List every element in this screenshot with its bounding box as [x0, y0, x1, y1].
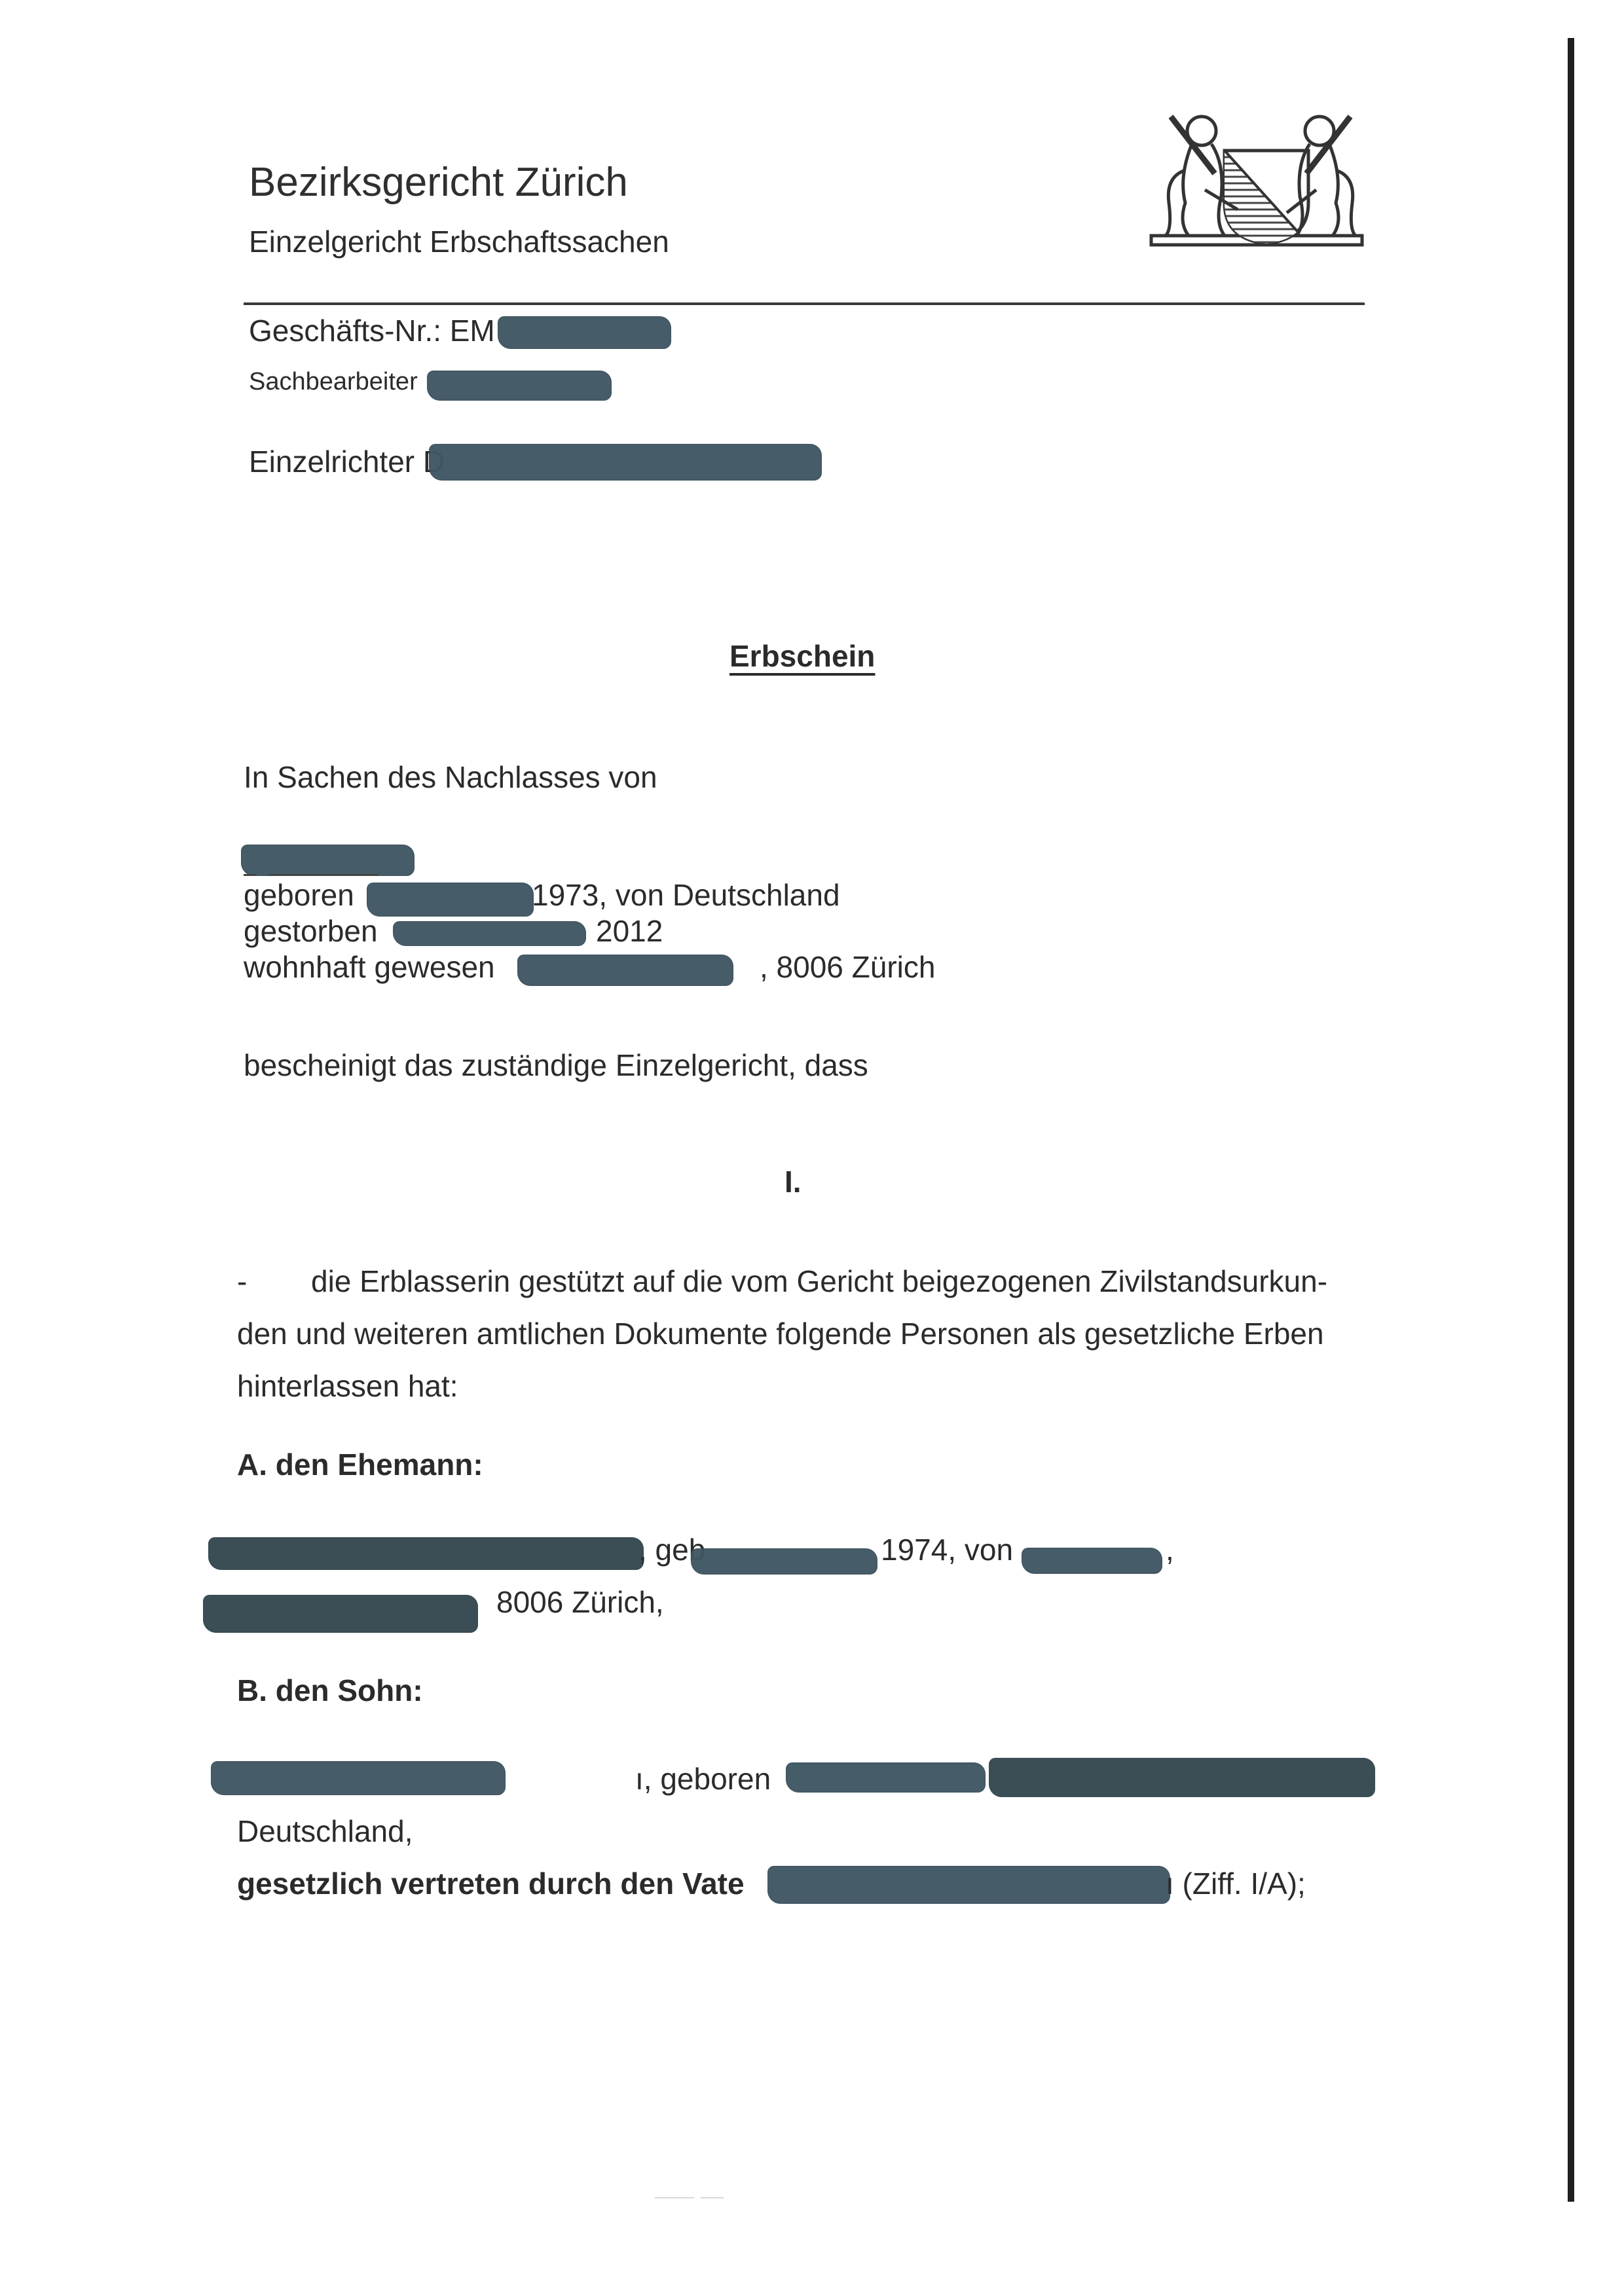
- redaction-husband-address: [203, 1595, 478, 1633]
- redaction-husband-birth: [691, 1548, 877, 1575]
- bullet-dash: -: [237, 1264, 247, 1299]
- born-suffix: 1973, von Deutschland: [532, 877, 840, 913]
- redaction-case-number: [498, 316, 671, 349]
- certifies-text: bescheinigt das zuständige Einzelgericht…: [244, 1048, 868, 1083]
- redaction-clerk: [427, 371, 612, 401]
- paragraph-line-3: hinterlassen hat:: [237, 1368, 458, 1404]
- redaction-deceased-name: [241, 845, 415, 876]
- scan-margin-bar: [1568, 38, 1574, 2202]
- redaction-judge: [429, 444, 822, 481]
- header-divider: [244, 302, 1365, 305]
- redaction-address: [517, 955, 733, 986]
- underline-fragment: [244, 874, 257, 876]
- redaction-birth-date: [367, 883, 534, 917]
- heir-b-representation: gesetzlich vertreten durch den Vate: [237, 1866, 745, 1901]
- redaction-husband-origin: [1022, 1548, 1162, 1574]
- document-title: Erbschein: [729, 638, 875, 674]
- heir-b-geboren: ı, geboren: [635, 1761, 771, 1796]
- clerk-label: Sachbearbeiter: [249, 368, 418, 396]
- judge-label: Einzelrichter D: [249, 444, 445, 479]
- redaction-death-date: [393, 921, 586, 946]
- resided-label: wohnhaft gewesen: [244, 949, 495, 985]
- court-division: Einzelgericht Erbschaftssachen: [249, 224, 669, 259]
- heir-a-city: 8006 Zürich,: [496, 1584, 664, 1620]
- heir-a-heading: A. den Ehemann:: [237, 1447, 483, 1482]
- scan-mark: [701, 2197, 724, 2198]
- intro-text: In Sachen des Nachlasses von: [244, 759, 657, 795]
- zurich-coat-of-arms-lions-icon: [1139, 105, 1375, 262]
- born-label: geboren: [244, 877, 354, 913]
- heir-b-heading: B. den Sohn:: [237, 1673, 423, 1708]
- redaction-son-birth: [786, 1762, 986, 1793]
- paragraph-line-2: den und weiteren amtlichen Dokumente fol…: [237, 1316, 1324, 1351]
- section-number: I.: [784, 1164, 802, 1199]
- heir-a-comma: ,: [1166, 1532, 1174, 1567]
- heir-b-country: Deutschland,: [237, 1813, 413, 1849]
- resided-suffix: , 8006 Zürich: [760, 949, 935, 985]
- paragraph-line-1: die Erblasserin gestützt auf die vom Ger…: [311, 1264, 1327, 1299]
- scan-mark: [655, 2197, 694, 2198]
- heir-b-reference: ı (Ziff. I/A);: [1166, 1866, 1306, 1901]
- heir-a-year: 1974, von: [881, 1532, 1013, 1567]
- redaction-son-origin: [989, 1758, 1375, 1797]
- redaction-father-name: [767, 1866, 1170, 1904]
- died-label: gestorben: [244, 913, 378, 949]
- court-name: Bezirksgericht Zürich: [249, 159, 628, 206]
- died-suffix: 2012: [596, 913, 663, 949]
- redaction-son-name: [211, 1761, 506, 1795]
- case-number-label: Geschäfts-Nr.: EM: [249, 313, 495, 348]
- underline-fragment: [268, 874, 378, 876]
- redaction-husband-name: [208, 1537, 644, 1570]
